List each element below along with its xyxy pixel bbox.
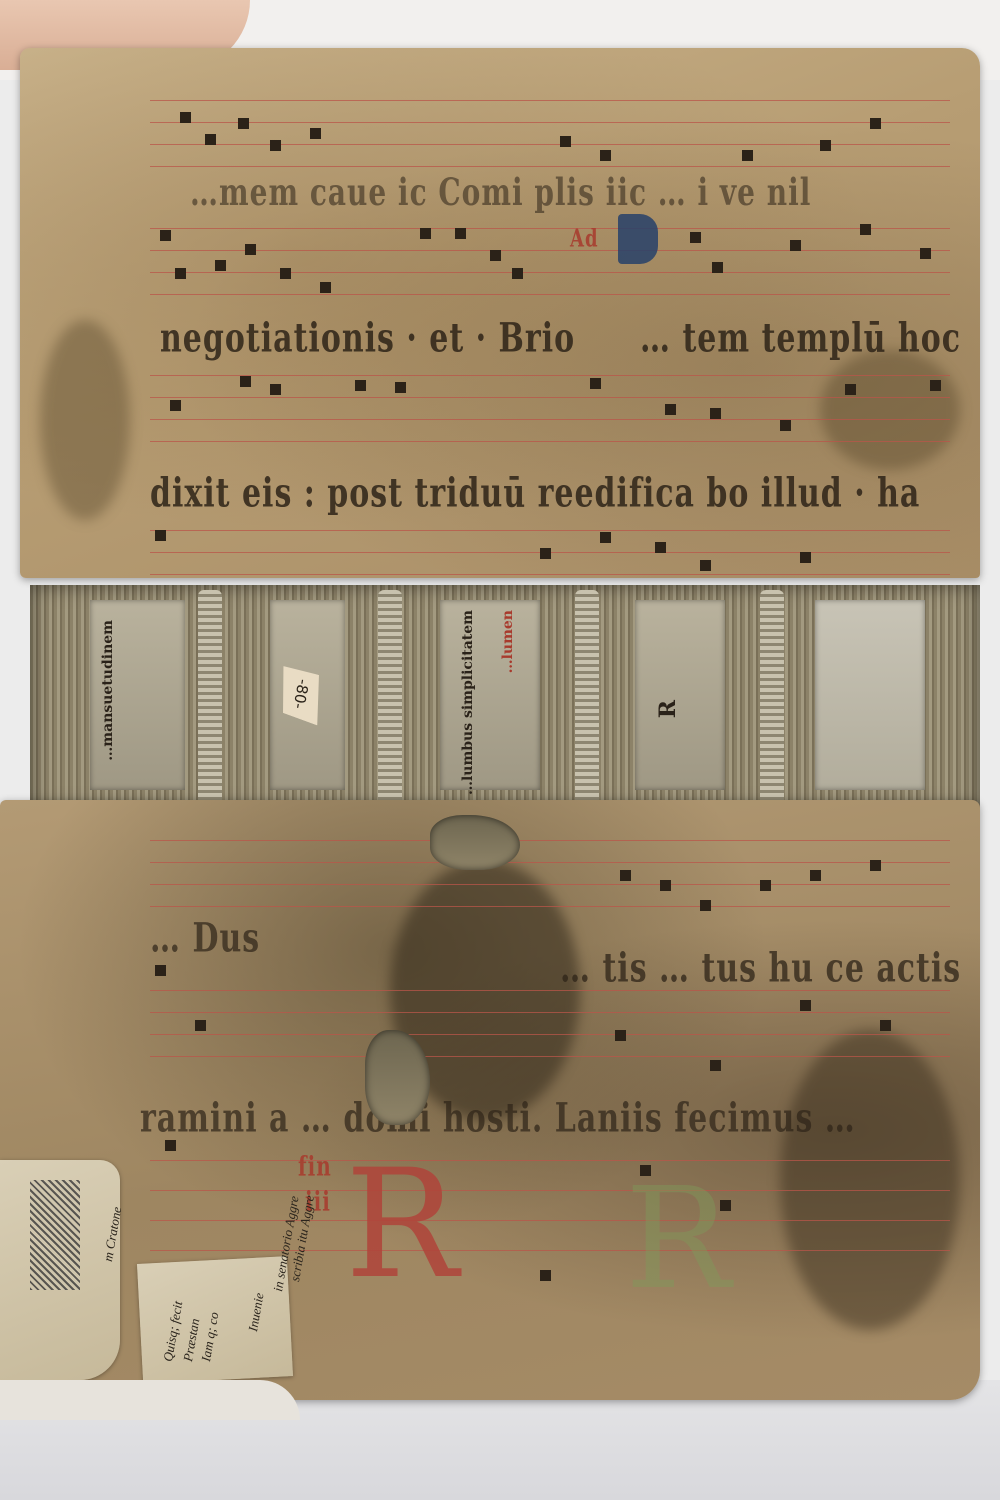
stain — [780, 1030, 960, 1330]
staff-line — [150, 397, 950, 398]
staff-line — [150, 884, 950, 885]
spine-fragment-text: …lumen — [500, 610, 516, 673]
chant-text-line: … tem templū hoc — [640, 315, 961, 362]
staff-line — [150, 530, 950, 531]
neume — [180, 112, 191, 123]
neume — [700, 560, 711, 571]
neume — [355, 380, 366, 391]
neume — [170, 400, 181, 411]
staff-line — [150, 375, 950, 376]
sewing-band — [198, 590, 222, 820]
neume — [590, 378, 601, 389]
neume — [800, 1000, 811, 1011]
neume — [512, 268, 523, 279]
staff-line — [150, 294, 950, 295]
neume — [700, 900, 711, 911]
neume — [455, 228, 466, 239]
staff-line — [150, 840, 950, 841]
chant-text-line: ramini a … domi hosti. Laniis fecimus … — [140, 1095, 856, 1142]
neume — [790, 240, 801, 251]
staff-line — [150, 100, 950, 101]
rubric-mark: Ad — [570, 225, 599, 253]
staff-line — [150, 228, 950, 229]
spine-fragment-text: …lumbus simplicitatem — [460, 610, 476, 795]
staff-line — [150, 1056, 950, 1057]
staff-line — [150, 1012, 950, 1013]
neume — [245, 244, 256, 255]
neume — [240, 376, 251, 387]
staff-line — [150, 862, 950, 863]
staff-line — [150, 441, 950, 442]
chant-text-line: …mem caue ic Comi plis iic … i ve nil — [190, 170, 811, 215]
staff-line — [150, 166, 950, 167]
neume — [540, 548, 551, 559]
blue-initial-letter — [618, 214, 658, 264]
neume — [155, 965, 166, 976]
neume — [160, 230, 171, 241]
spine-fragment-page — [815, 600, 925, 790]
neume — [930, 380, 941, 391]
faint-green-initial-letter: R — [625, 1170, 730, 1310]
neume — [270, 384, 281, 395]
neume — [540, 1270, 551, 1281]
neume — [175, 268, 186, 279]
staff-line — [150, 1250, 950, 1251]
spine-fragment-text: R — [655, 700, 681, 718]
neume — [420, 228, 431, 239]
neume — [760, 880, 771, 891]
neume — [155, 530, 166, 541]
neume — [780, 420, 791, 431]
neume — [810, 870, 821, 881]
red-initial-letter: R — [345, 1150, 458, 1300]
neume — [600, 150, 611, 161]
spine-fragment-text: …mansuetudinem — [100, 620, 116, 761]
neume — [690, 232, 701, 243]
staff-line — [150, 574, 950, 575]
neume — [655, 542, 666, 553]
shelf-label-text: -80- — [290, 678, 313, 711]
neume — [710, 1060, 721, 1071]
neume — [620, 870, 631, 881]
neume — [600, 532, 611, 543]
rubric-mark: fin — [298, 1150, 332, 1182]
sewing-band — [760, 590, 784, 820]
neume — [280, 268, 291, 279]
staff-line — [150, 1160, 950, 1161]
neume — [490, 250, 501, 261]
sewing-band — [575, 590, 599, 820]
neume — [710, 408, 721, 419]
chant-text-line: negotiationis · et · Brio — [160, 315, 575, 362]
staff-line — [150, 1034, 950, 1035]
neume — [712, 262, 723, 273]
neume — [395, 382, 406, 393]
staff-line — [150, 906, 950, 907]
neume — [660, 880, 671, 891]
printed-ornament-border — [30, 1180, 80, 1290]
staff-line — [150, 1190, 950, 1191]
neume — [870, 118, 881, 129]
chant-text-line: … tis … tus hu ce actis — [560, 945, 961, 992]
neume — [615, 1030, 626, 1041]
neume — [310, 128, 321, 139]
neume — [320, 282, 331, 293]
neume — [215, 260, 226, 271]
stain — [40, 320, 130, 520]
neume — [860, 224, 871, 235]
neume — [205, 134, 216, 145]
stain — [820, 350, 960, 470]
neume — [270, 140, 281, 151]
spine-fragment-page — [635, 600, 725, 790]
neume — [665, 404, 676, 415]
neume — [820, 140, 831, 151]
sewing-band — [378, 590, 402, 820]
neume — [880, 1020, 891, 1031]
spine-fragment-page — [440, 600, 540, 790]
neume — [845, 384, 856, 395]
staff-line — [150, 122, 950, 123]
neume — [920, 248, 931, 259]
staff-line — [150, 1220, 950, 1221]
neume — [195, 1020, 206, 1031]
staff-line — [150, 272, 950, 273]
chant-text-line: dixit eis : post triduū reedifica bo ill… — [150, 470, 920, 517]
staff-line — [150, 250, 950, 251]
neume — [870, 860, 881, 871]
neume — [742, 150, 753, 161]
neume — [800, 552, 811, 563]
neume — [560, 136, 571, 147]
chant-text-line: … Dus — [150, 915, 260, 962]
staff-line — [150, 419, 950, 420]
neume — [238, 118, 249, 129]
torn-edge — [0, 1380, 300, 1420]
